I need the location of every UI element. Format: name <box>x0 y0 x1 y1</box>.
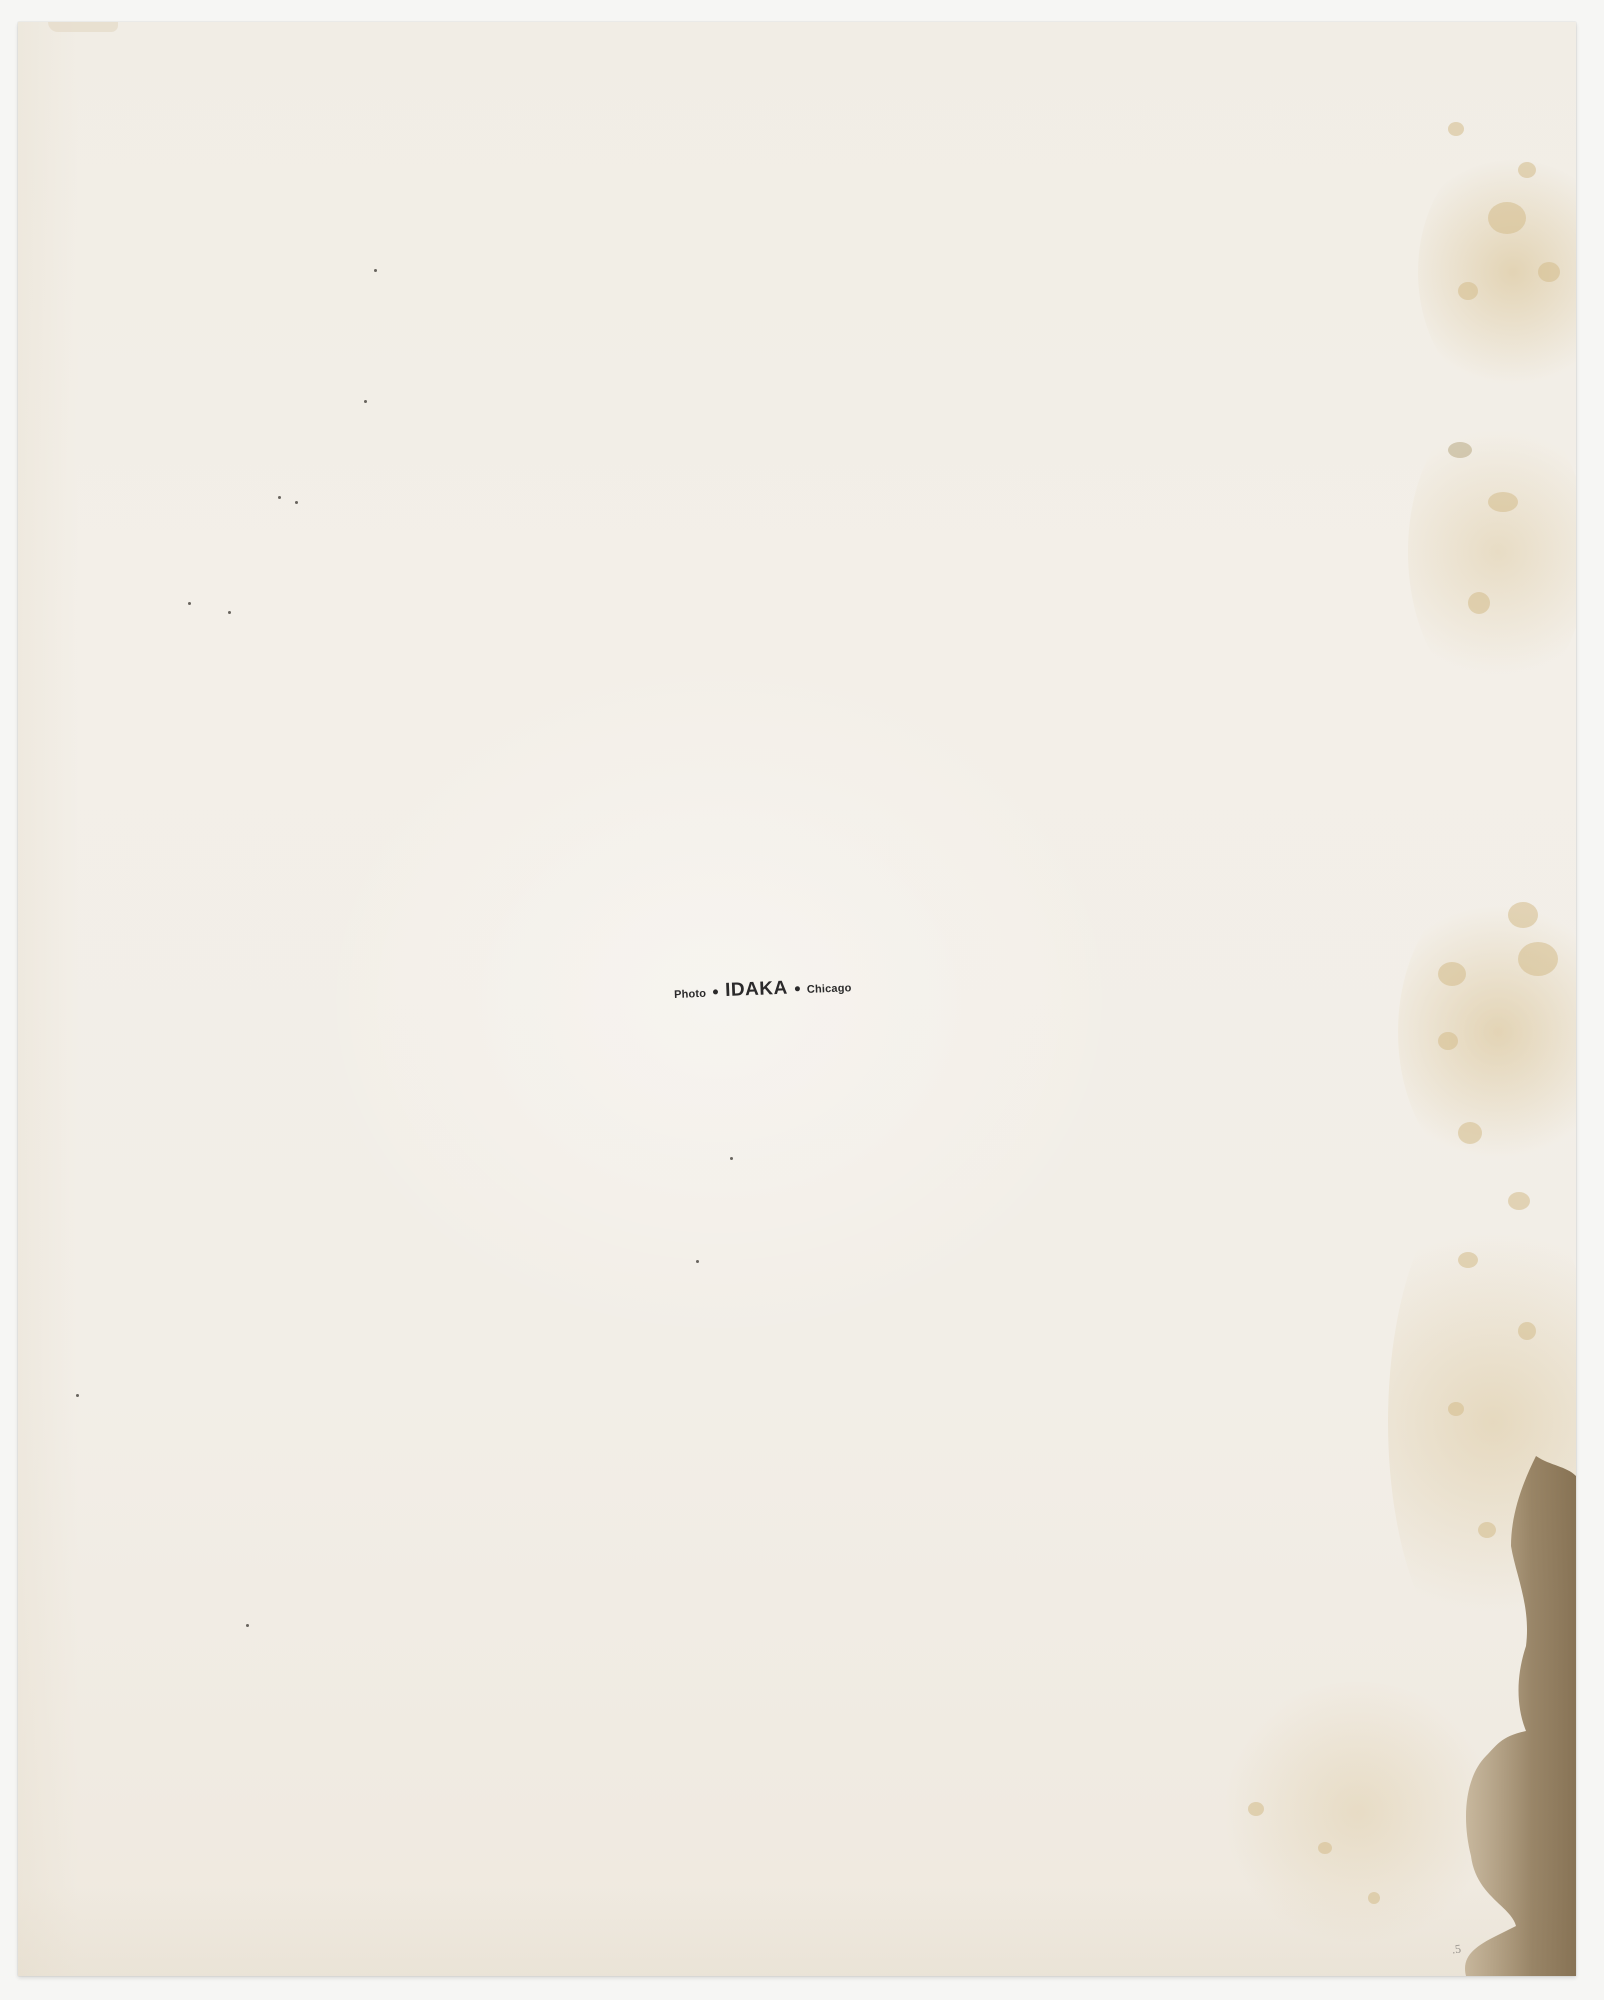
stain-drop <box>1438 962 1466 986</box>
stain-drop <box>1468 592 1490 614</box>
stain-drop <box>1508 1192 1530 1210</box>
speck <box>188 602 191 605</box>
stamp-bullet-icon <box>713 989 718 994</box>
speck <box>696 1260 699 1263</box>
stain-drop <box>1448 1402 1464 1416</box>
stain-drop <box>1458 1122 1482 1144</box>
stain-drop <box>1438 1032 1458 1050</box>
photographer-stamp: Photo IDAKA Chicago <box>674 975 852 1004</box>
stamp-location: Chicago <box>807 982 852 996</box>
stain-drop <box>1518 1322 1536 1340</box>
pencil-annotation: .5 <box>1451 1942 1462 1958</box>
stamp-prefix: Photo <box>674 988 707 1001</box>
speck <box>374 269 377 272</box>
stain-drop <box>1518 162 1536 178</box>
scan-background: Photo IDAKA Chicago .5 <box>0 0 1604 2000</box>
stain-drop <box>1488 202 1526 234</box>
stamp-studio-name: IDAKA <box>725 978 788 1002</box>
stain-drop <box>1368 1892 1380 1904</box>
water-damage-stain <box>1456 1456 1576 1976</box>
stain-drop <box>1448 122 1464 136</box>
speck <box>76 1394 79 1397</box>
stain-drop <box>1538 262 1560 282</box>
photo-paper-verso: Photo IDAKA Chicago .5 <box>18 22 1576 1976</box>
stain-drop <box>1248 1802 1264 1816</box>
stain-splatter-lower <box>1398 882 1576 1182</box>
speck <box>278 496 281 499</box>
torn-top-edge <box>48 22 118 32</box>
stain-drop <box>1518 942 1558 976</box>
stain-drop <box>1488 492 1518 512</box>
stain-drop <box>1458 282 1478 300</box>
stamp-bullet-icon <box>795 986 800 991</box>
speck <box>364 400 367 403</box>
stain-drop <box>1508 902 1538 928</box>
stain-drop <box>1458 1252 1478 1268</box>
stain-drop <box>1448 442 1472 458</box>
speck <box>730 1157 733 1160</box>
speck <box>246 1624 249 1627</box>
speck <box>295 501 298 504</box>
stain-splatter-mid <box>1408 402 1576 702</box>
stain-drop <box>1318 1842 1332 1854</box>
speck <box>228 611 231 614</box>
